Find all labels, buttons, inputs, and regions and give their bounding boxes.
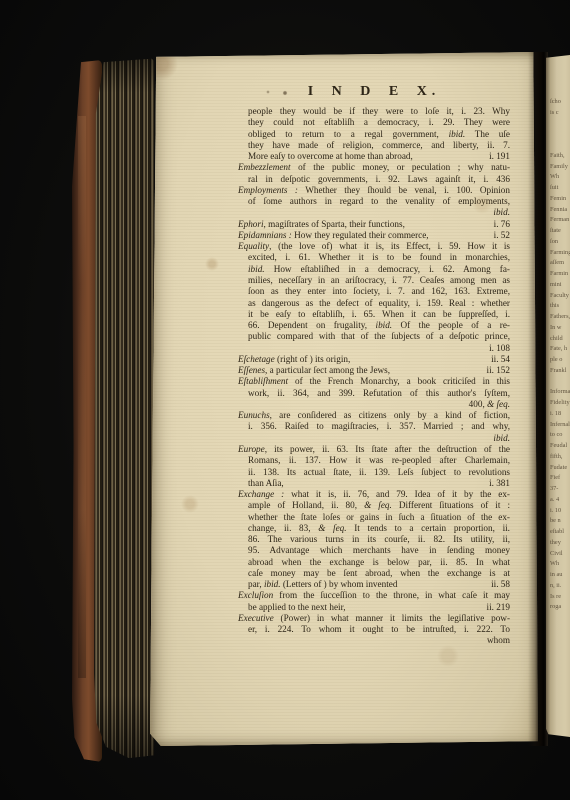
edge-text-fragment: be n xyxy=(550,516,570,527)
index-line: 86. The various turns in its courſe, ii.… xyxy=(248,534,510,545)
edge-text-fragment xyxy=(550,119,570,130)
edge-text-fragment: Wh xyxy=(550,559,570,570)
index-line: it be eaſy to eſtabliſh, i. 65. When it … xyxy=(248,309,510,320)
index-line: milies, neceſſary in an ariſtocracy, i. … xyxy=(248,275,510,286)
edge-text-fragment: Fudate xyxy=(550,463,570,474)
edge-text-fragment: Infernal xyxy=(550,420,570,431)
edge-text-fragment: Fief xyxy=(550,473,570,484)
edge-text-fragment: Wh xyxy=(550,172,570,183)
edge-text-fragment: Farmin xyxy=(550,269,570,280)
index-line: Equality, (the love of) what it is, its … xyxy=(238,241,510,252)
index-line: Embezzlement of the public money, or pec… xyxy=(238,162,510,173)
index-line: people they would be if they were to loſ… xyxy=(248,106,510,117)
book-photo: I N D E X. people they would be if they … xyxy=(0,0,570,800)
gutter-shadow xyxy=(528,52,548,746)
edge-text-fragment: child xyxy=(550,334,570,345)
index-line: Eunuchs, are conſidered as citizens only… xyxy=(238,410,510,421)
edge-text-fragment: ſcho xyxy=(550,97,570,108)
edge-text-fragment: Fate, h xyxy=(550,344,570,355)
edge-text-fragment: Ferman xyxy=(550,215,570,226)
text-block: people they would be if they were to loſ… xyxy=(238,106,510,647)
index-line: caſe money may be ſent abroad, when the … xyxy=(248,568,510,579)
edge-text-fragment: Farming xyxy=(550,248,570,259)
page-edge-stack xyxy=(94,58,154,758)
edge-text-fragment: Femin xyxy=(550,194,570,205)
edge-text-fragment: ſon xyxy=(550,237,570,248)
edge-text-fragment: they xyxy=(550,538,570,549)
edge-text-fragment: 37- xyxy=(550,484,570,495)
edge-text-fragment: i. 18 xyxy=(550,409,570,420)
edge-text-fragment: is c xyxy=(550,108,570,119)
index-line: i. 356. Raiſed to magiſtracies, i. 357. … xyxy=(248,421,510,432)
fore-edge-text: ſchois c Faith,FamilyWhſuitFeminFenniaFe… xyxy=(550,97,570,613)
page-title: I N D E X. xyxy=(238,84,510,100)
edge-text-fragment xyxy=(550,129,570,140)
index-line: par, ibid. (Letters of ) by whom invente… xyxy=(248,579,510,590)
index-line: than Aſia,i. 381 xyxy=(248,478,510,489)
edge-text-fragment: i. 10 xyxy=(550,506,570,517)
index-line: ibid. xyxy=(248,207,510,218)
index-line: i. 108 xyxy=(248,343,510,354)
index-line: they have made of religion, commerce, an… xyxy=(248,140,510,151)
edge-text-fragment: Feudal xyxy=(550,441,570,452)
edge-text-fragment: ſtate xyxy=(550,226,570,237)
index-line: Executive (Power) in what manner it limi… xyxy=(238,613,510,624)
index-line: ample of Holland, ii. 80, & ſeq. Differe… xyxy=(248,500,510,511)
edge-text-fragment: Informa xyxy=(550,387,570,398)
index-line: 66. Dependent on frugality, ibid. Of the… xyxy=(248,320,510,331)
index-line: Excluſion from the ſucceſſion to the thr… xyxy=(238,590,510,601)
edge-text-fragment: ple o xyxy=(550,355,570,366)
edge-text-fragment: mini xyxy=(550,280,570,291)
index-line: 400, & ſeq. xyxy=(248,399,510,410)
edge-text-fragment: Civil xyxy=(550,549,570,560)
index-line: 95. Advantage which merchants have in ſe… xyxy=(248,545,510,556)
edge-text-fragment: ſuit xyxy=(550,183,570,194)
edge-text-fragment: eſtabl xyxy=(550,527,570,538)
edge-text-fragment: in au xyxy=(550,570,570,581)
edge-text-fragment: to co xyxy=(550,430,570,441)
edge-text-fragment: In w xyxy=(550,323,570,334)
edge-text-fragment: a. 4 xyxy=(550,495,570,506)
index-line: Epidamnians : How they regulated their c… xyxy=(238,230,510,241)
index-line: public compared with that of the ſubject… xyxy=(248,331,510,342)
index-line: excited, i. 61. Whether it is to be foun… xyxy=(248,252,510,263)
edge-text-fragment: this xyxy=(550,301,570,312)
index-line: obliged to return to a regal government,… xyxy=(248,129,510,140)
index-line: whom xyxy=(248,635,510,646)
index-line: Europe, its power, ii. 63. Its ſtate aft… xyxy=(238,444,510,455)
index-line: More eaſy to overcome at home than abroa… xyxy=(248,151,510,162)
index-line: Eſchetage (right of ) its origin,ii. 54 xyxy=(238,354,510,365)
index-line: as dangerous as the defect of equality, … xyxy=(248,298,510,309)
index-line: Ephori, magiſtrates of Sparta, their fun… xyxy=(238,219,510,230)
edge-text-fragment: roga xyxy=(550,602,570,613)
index-line: Eſſenes, a particular ſect among the Jew… xyxy=(238,365,510,376)
index-line: ibid. xyxy=(248,433,510,444)
edge-text-fragment: Fathers, xyxy=(550,312,570,323)
index-line: er, i. 224. To whom it ought to be intru… xyxy=(248,624,510,635)
edge-text-fragment xyxy=(550,377,570,388)
index-line: work, ii. 364, and 399. Refutation of th… xyxy=(248,388,510,399)
index-line: be applied to the next heir,ii. 219 xyxy=(248,602,510,613)
index-line: ii. 138. Its actual ſtate, ii. 139. Leſs… xyxy=(248,467,510,478)
index-line: they could not eſtabliſh a democracy, i.… xyxy=(248,117,510,128)
edge-text-fragment: Faith, xyxy=(550,151,570,162)
edge-text-fragment: fifth, xyxy=(550,452,570,463)
edge-text-fragment: n, ii. xyxy=(550,581,570,592)
index-line: whether the ſtate loſes or gains in ſuch… xyxy=(248,512,510,523)
index-line: Exchange : what it is, ii. 76, and 79. I… xyxy=(238,489,510,500)
edge-text-fragment: Fennia xyxy=(550,205,570,216)
edge-text-fragment: Frankl xyxy=(550,366,570,377)
index-line: of ſome authors in regard to the venalit… xyxy=(248,196,510,207)
index-line: ſoon as they enter into ſociety, i. 7. a… xyxy=(248,286,510,297)
edge-text-fragment xyxy=(550,140,570,151)
edge-text-fragment: Family xyxy=(550,162,570,173)
index-line: ibid. How eſtabliſhed in a democracy, i.… xyxy=(248,264,510,275)
index-line: change, ii. 83, & ſeq. It tends to a cer… xyxy=(248,523,510,534)
edge-text-fragment: Fidelity xyxy=(550,398,570,409)
edge-text-fragment: Faculty xyxy=(550,291,570,302)
index-line: Romans, ii. 137. How it was re-peopled a… xyxy=(248,455,510,466)
next-page-fore-edge: ſchois c Faith,FamilyWhſuitFeminFenniaFe… xyxy=(546,55,570,737)
index-line: abroad when the exchange is below par, i… xyxy=(248,557,510,568)
edge-text-fragment: aſſem xyxy=(550,258,570,269)
index-line: Eſtabliſhment of the French Monarchy, a … xyxy=(238,376,510,387)
book-page: I N D E X. people they would be if they … xyxy=(150,52,538,746)
index-line: Employments : Whether they ſhould be ven… xyxy=(238,185,510,196)
edge-text-fragment: Is re xyxy=(550,592,570,603)
index-line: ral in deſpotic governments, i. 92. Laws… xyxy=(248,174,510,185)
